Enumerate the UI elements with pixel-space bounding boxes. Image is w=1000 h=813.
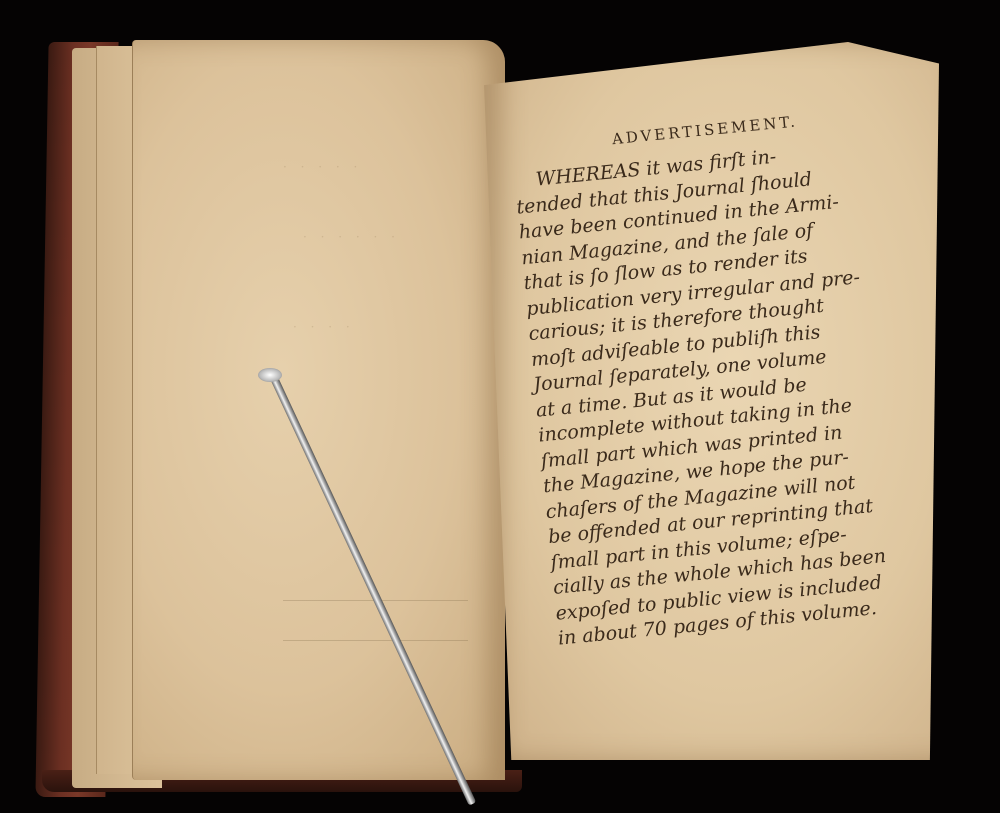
- left-page: · · · · · · · · · · · · · · ·: [132, 40, 505, 780]
- book-photo: · · · · · · · · · · · · · · · ADVERTISEM…: [0, 0, 1000, 813]
- advertisement-text: ADVERTISEMENT. WHEREAS it was firſt in- …: [510, 105, 918, 652]
- bleed-through-text: · · · ·: [293, 320, 355, 334]
- pointer-head-icon: [258, 368, 282, 382]
- bleed-through-text: · · · · · ·: [303, 230, 400, 244]
- bleed-through-rule: [283, 640, 468, 641]
- bleed-through-text: · · · · ·: [283, 160, 362, 174]
